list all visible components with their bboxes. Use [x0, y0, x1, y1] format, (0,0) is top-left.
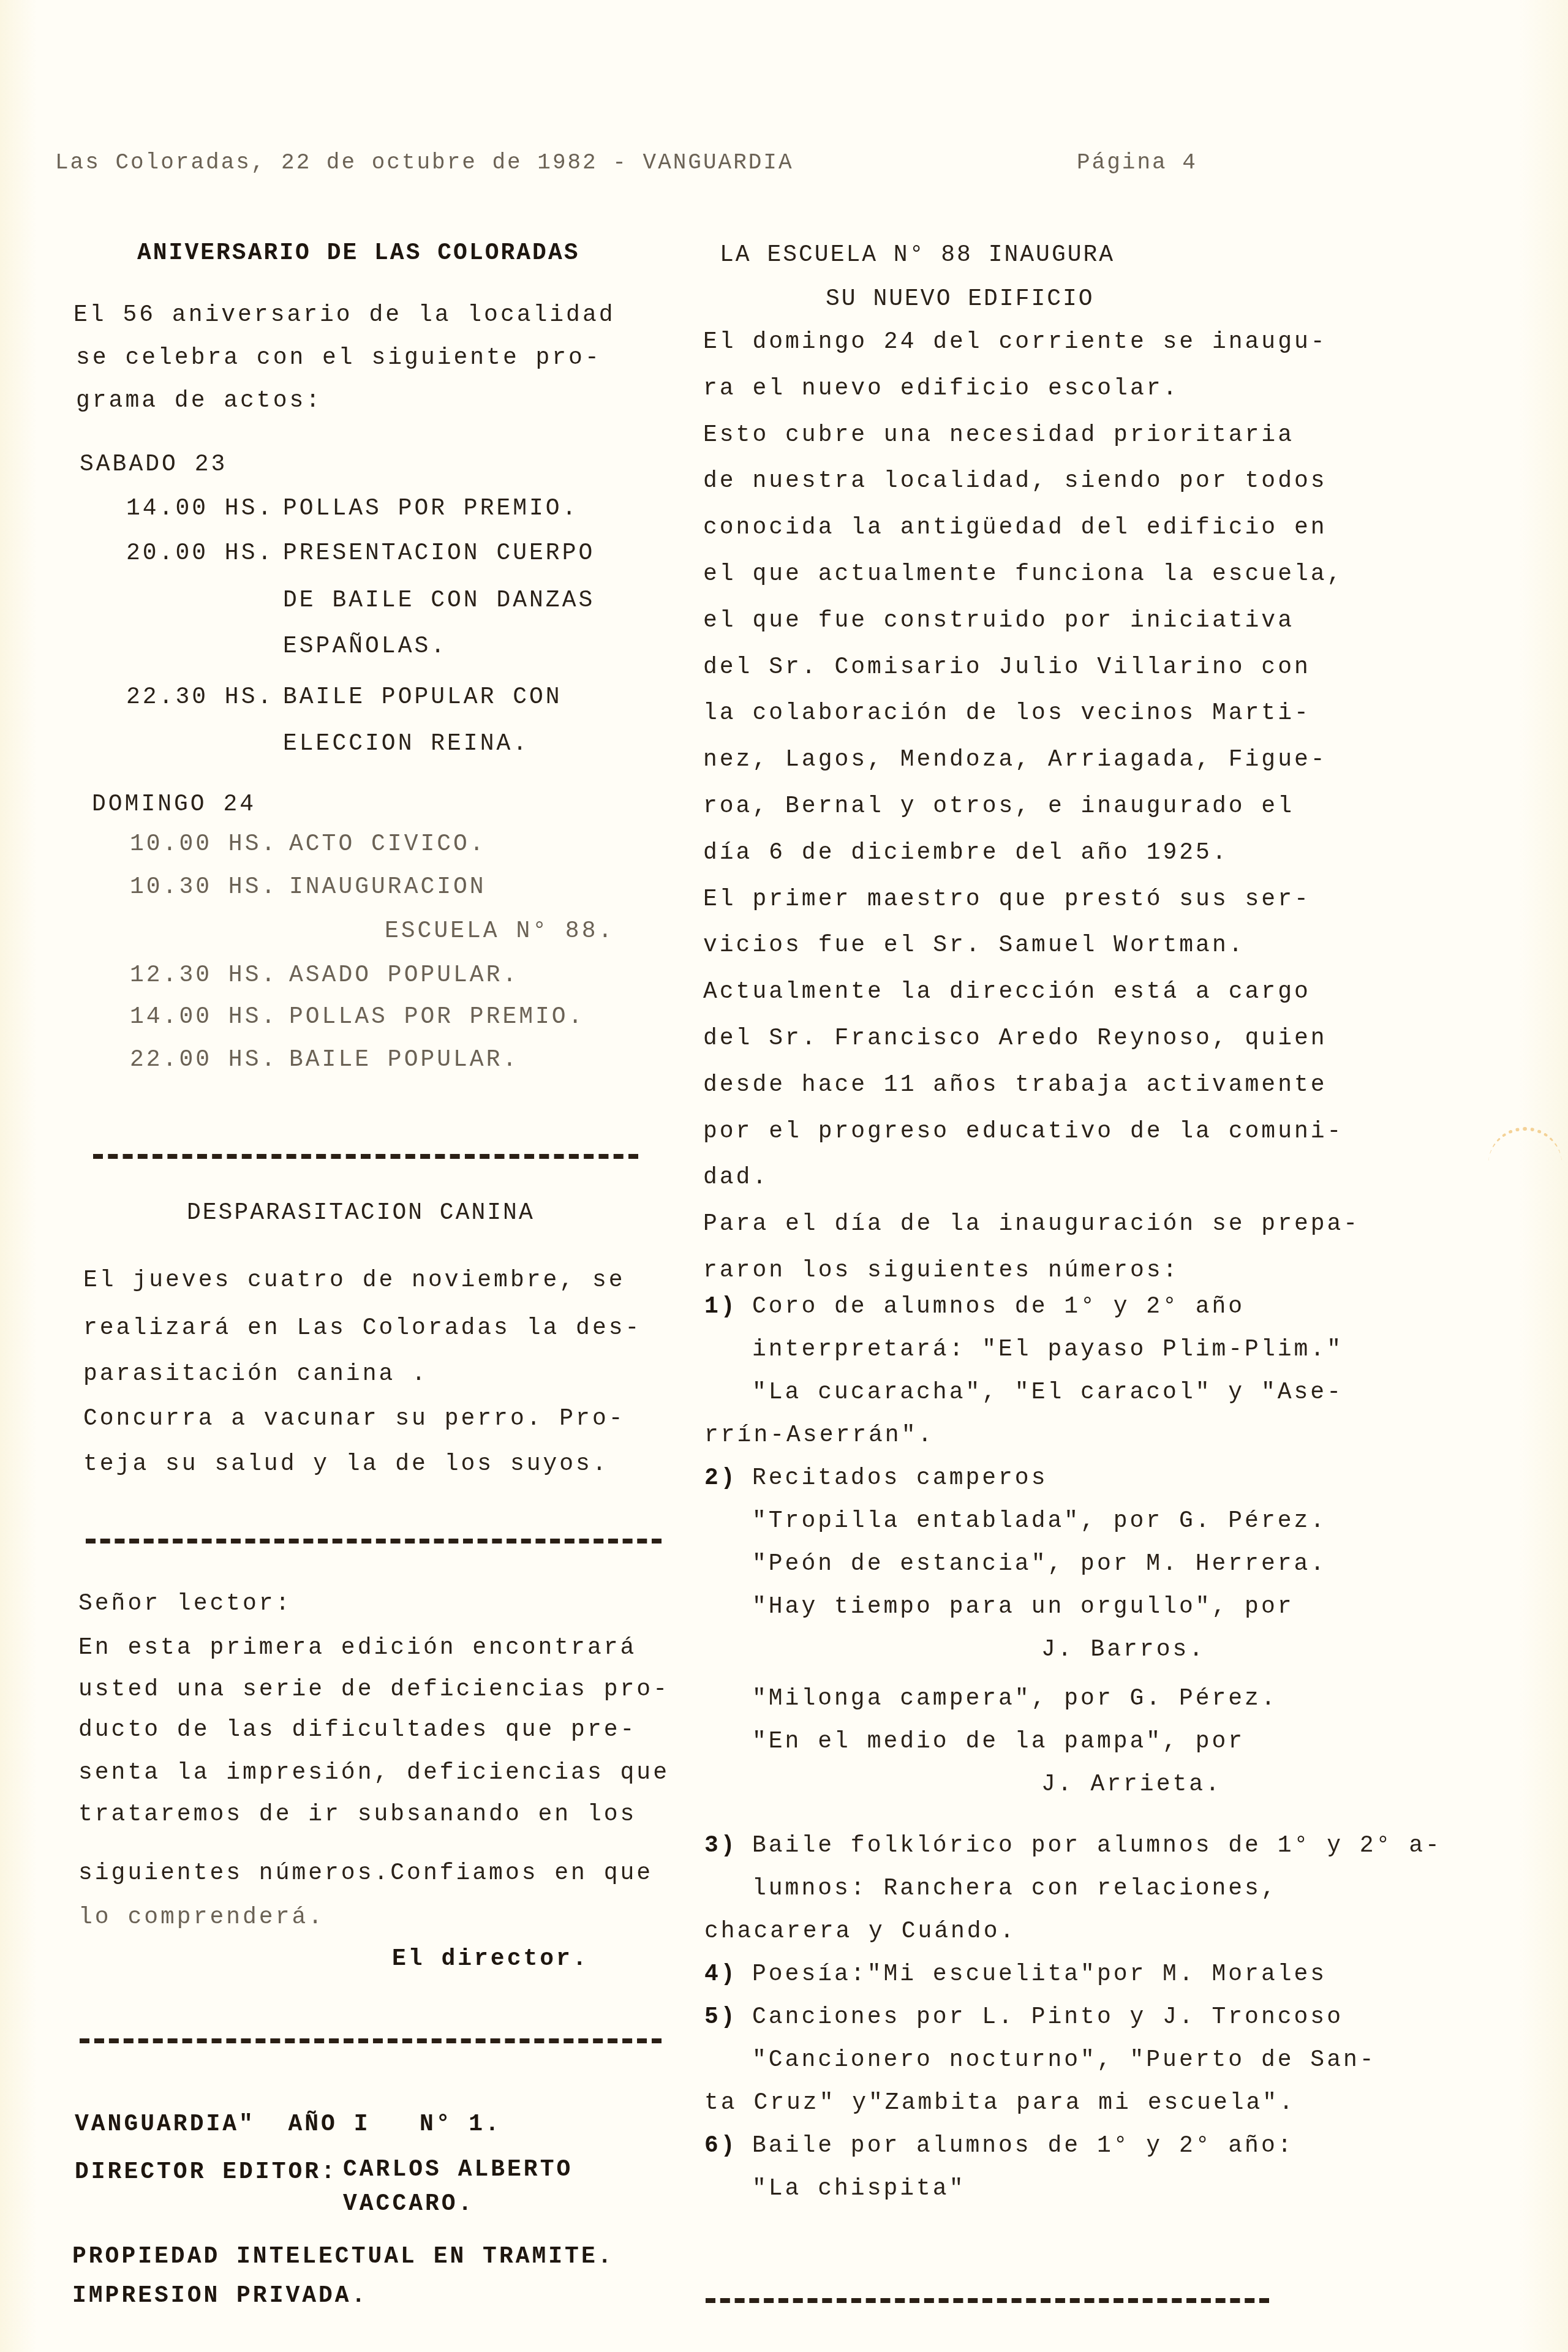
program-line: "En el medio de la pampa", por	[752, 1730, 1245, 1754]
section-divider	[86, 1539, 661, 1543]
program-line: "Tropilla entablada", por G. Pérez.	[752, 1510, 1327, 1533]
escuela-line: el que fue construido por iniciativa	[703, 609, 1294, 633]
page-edge-left	[0, 0, 37, 2352]
program-line: "Hay tiempo para un orgullo", por	[752, 1596, 1294, 1619]
section-divider	[93, 1154, 638, 1159]
article-title-escuela: LA ESCUELA N° 88 INAUGURA	[720, 244, 1115, 267]
program-author: J. Arrieta.	[1041, 1773, 1222, 1796]
program-line: Recitados camperos	[752, 1467, 1047, 1490]
event-desc: POLLAS POR PREMIO.	[289, 1006, 584, 1029]
program-line: ta Cruz" y"Zambita para mi escuela".	[704, 2092, 1295, 2115]
escuela-line: El primer maestro que prestó sus ser-	[703, 888, 1311, 911]
event-desc: BAILE POPULAR.	[289, 1049, 519, 1072]
event-desc: ASADO POPULAR.	[289, 964, 519, 987]
escuela-line: del Sr. Comisario Julio Villarino con	[703, 656, 1311, 679]
day-heading: SABADO 23	[80, 453, 227, 477]
article-title-desparasitacion: DESPARASITACION CANINA	[187, 1202, 535, 1225]
section-divider	[706, 2298, 1269, 2303]
desparasitacion-line: parasitación canina .	[83, 1363, 428, 1386]
program-number: 2)	[704, 1467, 737, 1490]
escuela-line: Esto cubre una necesidad prioritaria	[703, 424, 1294, 447]
aniversario-line: grama de actos:	[76, 390, 322, 413]
colophon-rights: PROPIEDAD INTELECTUAL EN TRAMITE.	[72, 2245, 614, 2269]
event-desc: POLLAS POR PREMIO.	[283, 497, 578, 521]
event-desc: DE BAILE CON DANZAS	[283, 589, 595, 612]
program-line: "La chispita"	[752, 2177, 965, 2201]
escuela-line: raron los siguientes números:	[703, 1259, 1179, 1283]
escuela-line: desde hace 11 años trabaja activamente	[703, 1074, 1327, 1097]
article-title-aniversario: ANIVERSARIO DE LAS COLORADAS	[137, 242, 580, 265]
program-author: J. Barros.	[1041, 1638, 1205, 1662]
event-time: 10.30 HS.	[130, 876, 277, 899]
escuela-line: El domingo 24 del corriente se inaugu-	[703, 331, 1327, 354]
program-line: Coro de alumnos de 1° y 2° año	[752, 1295, 1245, 1319]
program-line: rrín-Aserrán".	[704, 1424, 934, 1447]
program-line: Canciones por L. Pinto y J. Troncoso	[752, 2006, 1343, 2029]
escuela-line: por el progreso educativo de la comuni-	[703, 1120, 1343, 1144]
program-line: lumnos: Ranchera con relaciones,	[752, 1877, 1278, 1901]
program-number: 3)	[704, 1834, 737, 1858]
section-divider	[80, 2038, 661, 2043]
letter-signature: El director.	[392, 1948, 589, 1971]
desparasitacion-line: Concurra a vacunar su perro. Pro-	[83, 1408, 625, 1431]
aniversario-line: El 56 aniversario de la localidad	[73, 304, 616, 327]
program-line: "La cucaracha", "El caracol" y "Ase-	[752, 1381, 1343, 1404]
program-number: 6)	[704, 2135, 737, 2158]
desparasitacion-line: teja su salud y la de los suyos.	[83, 1453, 609, 1476]
program-line: Baile por alumnos de 1° y 2° año:	[752, 2135, 1294, 2158]
colophon-issue: VANGUARDIA" AÑO I N° 1.	[75, 2113, 502, 2136]
letter-line: usted una serie de deficiencias pro-	[78, 1678, 669, 1702]
escuela-line: dad.	[703, 1166, 769, 1189]
letter-line: ducto de las dificultades que pre-	[78, 1719, 636, 1742]
event-desc: PRESENTACION CUERPO	[283, 542, 595, 565]
letter-line: trataremos de ir subsanando en los	[78, 1803, 636, 1826]
letter-line: senta la impresión, deficiencias que	[78, 1762, 669, 1785]
event-desc: INAUGURACION	[289, 876, 486, 899]
escuela-line: vicios fue el Sr. Samuel Wortman.	[703, 934, 1245, 957]
event-time: 10.00 HS.	[130, 833, 277, 856]
desparasitacion-line: El jueves cuatro de noviembre, se	[83, 1269, 625, 1292]
event-desc: ESCUELA N° 88.	[385, 920, 614, 943]
escuela-line: de nuestra localidad, siendo por todos	[703, 470, 1327, 493]
desparasitacion-line: realizará en Las Coloradas la des-	[83, 1317, 641, 1340]
letter-line: En esta primera edición encontrará	[78, 1637, 636, 1660]
program-number: 5)	[704, 2006, 737, 2029]
program-line: "Peón de estancia", por M. Herrera.	[752, 1553, 1327, 1576]
day-heading: DOMINGO 24	[92, 793, 256, 816]
program-line: Poesía:"Mi escuelita"por M. Morales	[752, 1963, 1327, 1986]
event-desc: ESPAÑOLAS.	[283, 635, 447, 658]
program-number: 4)	[704, 1963, 737, 1986]
dateline: Las Coloradas, 22 de octubre de 1982 - V…	[55, 152, 794, 174]
article-subtitle-escuela: SU NUEVO EDIFICIO	[826, 288, 1095, 311]
aniversario-line: se celebra con el siguiente pro-	[76, 347, 601, 370]
program-line: interpretará: "El payaso Plim-Plim."	[752, 1338, 1343, 1362]
escuela-line: día 6 de diciembre del año 1925.	[703, 842, 1229, 865]
event-desc: ELECCION REINA.	[283, 733, 529, 756]
escuela-line: Actualmente la dirección está a cargo	[703, 981, 1311, 1004]
event-time: 12.30 HS.	[130, 964, 277, 987]
escuela-line: del Sr. Francisco Aredo Reynoso, quien	[703, 1027, 1327, 1050]
colophon-print: IMPRESION PRIVADA.	[72, 2285, 367, 2308]
event-time: 14.00 HS.	[130, 1006, 277, 1029]
event-time: 20.00 HS.	[126, 542, 274, 565]
letter-salutation: Señor lector:	[78, 1593, 292, 1616]
program-line: "Milonga campera", por G. Pérez.	[752, 1687, 1278, 1711]
escuela-line: roa, Bernal y otros, e inaugurado el	[703, 795, 1294, 818]
program-line: "Cancionero nocturno", "Puerto de San-	[752, 2049, 1376, 2072]
colophon-director-name: CARLOS ALBERTO	[343, 2158, 573, 2182]
event-time: 14.00 HS.	[126, 497, 274, 521]
escuela-line: la colaboración de los vecinos Marti-	[703, 702, 1311, 725]
letter-line: lo comprenderá.	[78, 1906, 325, 1929]
escuela-line: ra el nuevo edificio escolar.	[703, 377, 1179, 401]
event-time: 22.30 HS.	[126, 686, 274, 709]
escuela-line: el que actualmente funciona la escuela,	[703, 563, 1343, 586]
event-desc: BAILE POPULAR CON	[283, 686, 562, 709]
colophon-director-name: VACCARO.	[343, 2193, 474, 2216]
escuela-line: Para el día de la inauguración se prepa-	[703, 1213, 1360, 1236]
letter-line: siguientes números.Confiamos en que	[78, 1862, 653, 1885]
escuela-line: conocida la antigüedad del edificio en	[703, 516, 1327, 540]
escuela-line: nez, Lagos, Mendoza, Arriagada, Figue-	[703, 748, 1327, 772]
program-line: chacarera y Cuándo.	[704, 1920, 1016, 1943]
event-time: 22.00 HS.	[130, 1049, 277, 1072]
program-number: 1)	[704, 1295, 737, 1319]
event-desc: ACTO CIVICO.	[289, 833, 486, 856]
page-number: Página 4	[1077, 152, 1197, 174]
colophon-director-label: DIRECTOR EDITOR:	[75, 2161, 337, 2184]
program-line: Baile folklórico por alumnos de 1° y 2° …	[752, 1834, 1442, 1858]
